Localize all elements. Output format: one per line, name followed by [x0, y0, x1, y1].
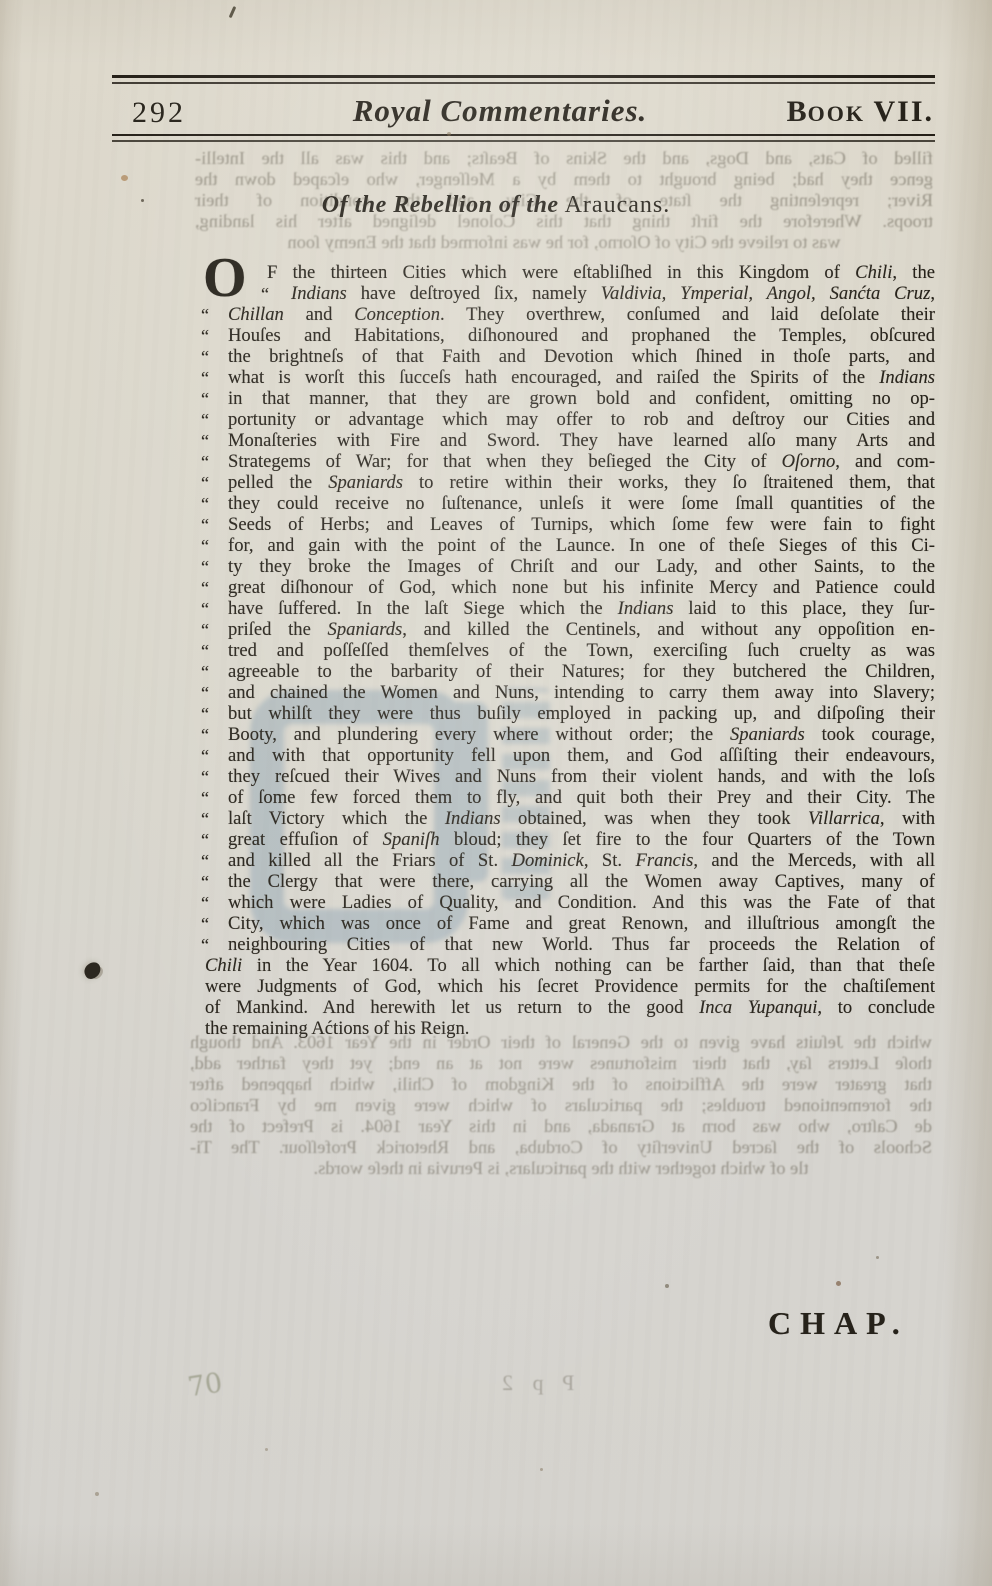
text-line: “and with that opportunity fell upon the… — [205, 745, 935, 766]
paper-speck — [665, 1284, 669, 1288]
margin-quote-mark: “ — [201, 410, 209, 431]
text-line: “agreeable to the barbarity of their Nat… — [205, 661, 935, 682]
text-line: “they could receive no ſuſtenance, unleſ… — [205, 493, 935, 514]
bleedthrough-line: was to relieve the City of Oſorno, for h… — [195, 232, 933, 253]
text-line: “pelled the Spaniards to retire within t… — [205, 472, 935, 493]
bleedthrough-line: the forementioned troubles; the particul… — [190, 1095, 932, 1116]
margin-quote-mark: “ — [201, 872, 209, 893]
margin-quote-mark: “ — [201, 683, 209, 704]
margin-quote-mark: “ — [201, 851, 209, 872]
text-line: “Chillan and Conception. They overthrew,… — [205, 304, 935, 325]
margin-quote-mark: “ — [201, 326, 209, 347]
text-line: “Indians have deſtroyed ſix, namely Vald… — [205, 283, 935, 304]
text-line: “great diſhonour of God, which none but … — [205, 577, 935, 598]
ink-blot — [81, 960, 103, 981]
signature-mark-bleed: P p 2 — [495, 1370, 574, 1396]
margin-quote-mark: “ — [201, 305, 209, 326]
margin-quote-mark: “ — [201, 767, 209, 788]
header-rule-lower — [112, 140, 935, 142]
margin-quote-mark: “ — [201, 620, 209, 641]
pen-tick-mark — [229, 6, 236, 18]
text-line: “the Clergy that were there, carrying al… — [205, 871, 935, 892]
text-line: “the brightneſs of that Faith and Devoti… — [205, 346, 935, 367]
text-line: “they reſcued their Wives and Nuns from … — [205, 766, 935, 787]
text-line: “Monaſteries with Fire and Sword. They h… — [205, 430, 935, 451]
margin-quote-mark: “ — [201, 746, 209, 767]
margin-quote-mark: “ — [201, 662, 209, 683]
paper-speck — [876, 1256, 879, 1259]
text-line: “but whilſt they were thus buſily employ… — [205, 703, 935, 724]
paragraph-lines: F the thirteen Cities which were eſtabli… — [205, 262, 935, 1039]
margin-quote-mark: “ — [201, 914, 209, 935]
running-title: Royal Commentaries. — [280, 93, 720, 129]
margin-quote-mark: “ — [201, 431, 209, 452]
handwritten-annotation: 70 — [186, 1368, 225, 1404]
margin-quote-mark: “ — [201, 599, 209, 620]
catchword: CHAP. — [768, 1305, 909, 1342]
text-line: “which were Ladies of Quality, and Condi… — [205, 892, 935, 913]
margin-quote-mark: “ — [201, 830, 209, 851]
text-line: “great effuſion of Spaniſh bloud; they ſ… — [205, 829, 935, 850]
margin-quote-mark: “ — [201, 935, 209, 956]
book-label-initial: B — [787, 95, 808, 128]
text-line: of Mankind. And herewith let us return t… — [205, 997, 935, 1018]
book-label-smallcaps: OOK — [808, 101, 865, 126]
top-rule-heavy — [112, 75, 935, 78]
chapter-heading: Of the Rebellion of the Araucans. — [0, 192, 992, 219]
text-line: “neighbouring Cities of that new World. … — [205, 934, 935, 955]
bleedthrough-line: that greater were the Afflictions of the… — [190, 1074, 932, 1095]
text-line: “Booty, and plundering every where witho… — [205, 724, 935, 745]
bleedthrough-line: Schools of the ſacred Univerſity of Cord… — [190, 1137, 932, 1158]
text-line: “have ſuffered. In the laſt Siege which … — [205, 598, 935, 619]
margin-quote-mark: “ — [201, 494, 209, 515]
chapter-heading-italic: Of the Rebellion of the — [322, 192, 559, 218]
page-number: 292 — [132, 96, 186, 130]
margin-quote-mark: “ — [201, 452, 209, 473]
text-line: “Strategems of War; for that when they b… — [205, 451, 935, 472]
bleedthrough-bottom: which the Jeſuits have given to the Gene… — [190, 1032, 932, 1179]
bleedthrough-line: which the Jeſuits have given to the Gene… — [190, 1032, 932, 1053]
text-line: “and chained the Women and Nuns, intendi… — [205, 682, 935, 703]
bleedthrough-line: de Caſtro, who was born at Granada, and … — [190, 1116, 932, 1137]
top-rule-thin — [112, 82, 935, 84]
bleedthrough-line: gence they had; being brought to them by… — [195, 169, 933, 190]
text-line: “Seeds of Herbs; and Leaves of Turnips, … — [205, 514, 935, 535]
paper-speck — [265, 1448, 268, 1451]
bleedthrough-line: thoſe Letters ſay, that their misfortune… — [190, 1053, 932, 1074]
text-line: were Judgments of God, which his ſecret … — [205, 976, 935, 997]
header-rule-upper — [112, 134, 935, 136]
scanned-book-page: { "header": { "page_number": "292", "run… — [0, 0, 992, 1586]
text-line: “for, and gain with the point of the Lau… — [205, 535, 935, 556]
text-line: “priſed the Spaniards, and killed the Ce… — [205, 619, 935, 640]
margin-quote-mark: “ — [201, 389, 209, 410]
margin-quote-mark: “ — [201, 641, 209, 662]
margin-quote-mark: “ — [201, 368, 209, 389]
margin-quote-mark: “ — [201, 347, 209, 368]
margin-quote-mark: “ — [261, 284, 269, 305]
paper-speck — [95, 1492, 99, 1496]
margin-quote-mark: “ — [201, 578, 209, 599]
text-line: “City, which was once of Fame and great … — [205, 913, 935, 934]
text-line: “in that manner, that they are grown bol… — [205, 388, 935, 409]
margin-quote-mark: “ — [201, 725, 209, 746]
text-line: “portunity or advantage which may offer … — [205, 409, 935, 430]
text-line: “laſt Victory which the Indians obtained… — [205, 808, 935, 829]
text-line: “of ſome few forced them to fly, and qui… — [205, 787, 935, 808]
margin-quote-mark: “ — [201, 515, 209, 536]
margin-quote-mark: “ — [201, 893, 209, 914]
text-line: “and killed all the Friars of St. Domini… — [205, 850, 935, 871]
bleedthrough-line: filled of Cats, and Dogs, and the Skins … — [195, 148, 933, 169]
text-line: Chili in the Year 1604. To all which not… — [205, 955, 935, 976]
text-line: “tred and poſſeſſed themſelves of the To… — [205, 640, 935, 661]
bleedthrough-line: tle of which together with the particula… — [190, 1158, 932, 1179]
text-line: “Houſes and Habitations, diſhonoured and… — [205, 325, 935, 346]
book-label-numeral: VII. — [873, 95, 934, 128]
text-line: “ty they broke the Images of Chriſt and … — [205, 556, 935, 577]
margin-quote-mark: “ — [201, 788, 209, 809]
margin-quote-mark: “ — [201, 809, 209, 830]
paper-speck — [540, 1468, 543, 1471]
margin-quote-mark: “ — [201, 704, 209, 725]
paper-speck — [121, 175, 128, 181]
margin-quote-mark: “ — [201, 473, 209, 494]
chapter-heading-roman: Araucans. — [565, 192, 671, 218]
text-line: F the thirteen Cities which were eſtabli… — [205, 262, 935, 283]
margin-quote-mark: “ — [201, 536, 209, 557]
margin-quote-mark: “ — [201, 557, 209, 578]
paper-speck — [836, 1281, 841, 1286]
text-line: “what is worſt this ſucceſs hath encoura… — [205, 367, 935, 388]
book-label: BOOK VII. — [787, 95, 934, 129]
